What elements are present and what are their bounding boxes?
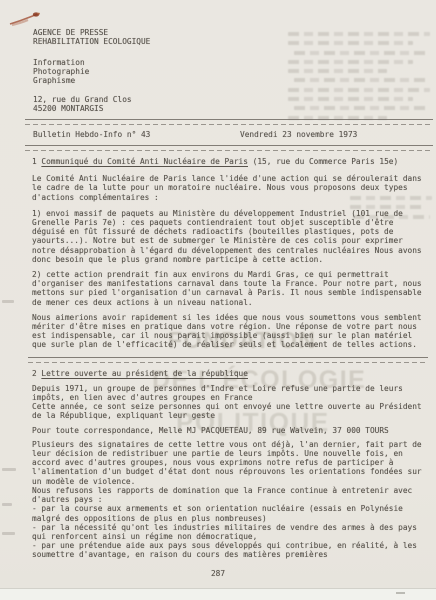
section1-heading-text: Communiqué du Comité Anti Nucléaire de P… [41, 157, 248, 166]
section2-para1-line2: Cette année, ce sont seize personnes qui… [32, 402, 426, 420]
pen-mark-icon [8, 9, 48, 29]
section2-bullet2: - par la nécessité qu'ont les industries… [32, 523, 426, 541]
address-line2: 45200 MONTARGIS [33, 104, 132, 113]
service-item: Photographie [33, 67, 89, 76]
section1-number: 1 [32, 157, 37, 166]
section2-contact: Pour toute correspondance, Melle MJ PACQ… [32, 426, 426, 435]
section1-intro: Le Comité Anti Nucléaire de Paris lance … [32, 174, 426, 202]
section2-para3: Nous refusons les rapports de domination… [32, 486, 426, 504]
document-body: 1 Communiqué du Comité Anti Nucléaire de… [32, 157, 426, 560]
bleed-through-mark [2, 503, 12, 506]
section2-bullet3: - par une prétendue aide aux pays sous d… [32, 541, 426, 559]
divider [28, 357, 428, 363]
letterhead-address: 12, rue du Grand Clos 45200 MONTARGIS [33, 95, 132, 113]
bleed-through-mark [2, 468, 16, 471]
section1-item2: 2) cette action prendrait fin aux enviro… [32, 270, 426, 307]
scan-artifact-mark [396, 592, 405, 594]
document-page: FONDATION DE L'ÉCOLOGIE POLITIQUE AGENCE… [0, 0, 436, 600]
letterhead-org: AGENCE DE PRESSE REHABILITATION ECOLOGIQ… [33, 28, 150, 46]
section1-outro: Nous aimerions avoir rapidement si les i… [32, 313, 426, 350]
paper-edge [0, 588, 436, 600]
section2-para1-line1: Depuis 1971, un groupe de personnes d'In… [32, 384, 426, 402]
section1-item1: 1) envoi massif de paquets au Ministère … [32, 209, 426, 264]
page-number: 287 [0, 569, 436, 578]
org-name-line2: REHABILITATION ECOLOGIQUE [33, 37, 150, 46]
address-line1: 12, rue du Grand Clos [33, 95, 132, 104]
section2-number: 2 [32, 369, 37, 378]
section2-heading-text: Lettre ouverte au président de la républ… [41, 369, 248, 378]
org-name-line1: AGENCE DE PRESSE [33, 28, 150, 37]
divider [25, 119, 433, 125]
bulletin-header: Bulletin Hebdo-Info n° 43 Vendredi 23 no… [33, 130, 433, 140]
section2-bullet1: - par la course aux armements et son ori… [32, 504, 426, 522]
bleed-through-text [288, 32, 430, 125]
service-item: Information [33, 58, 89, 67]
section2-heading: 2 Lettre ouverte au président de la répu… [32, 369, 426, 378]
letterhead-services: Information Photographie Graphisme [33, 58, 89, 86]
section1-heading: 1 Communiqué du Comité Anti Nucléaire de… [32, 157, 426, 166]
bleed-through-mark [2, 300, 14, 303]
bulletin-title: Bulletin Hebdo-Info n° 43 [33, 130, 150, 139]
divider [25, 145, 433, 151]
section1-heading-suffix: (15, rue du Commerce Paris 15e) [248, 157, 398, 166]
section2-para2: Plusieurs des signataires de cette lettr… [32, 440, 426, 486]
bleed-through-mark [2, 532, 15, 535]
service-item: Graphisme [33, 76, 89, 85]
bulletin-date: Vendredi 23 novembre 1973 [240, 130, 357, 139]
